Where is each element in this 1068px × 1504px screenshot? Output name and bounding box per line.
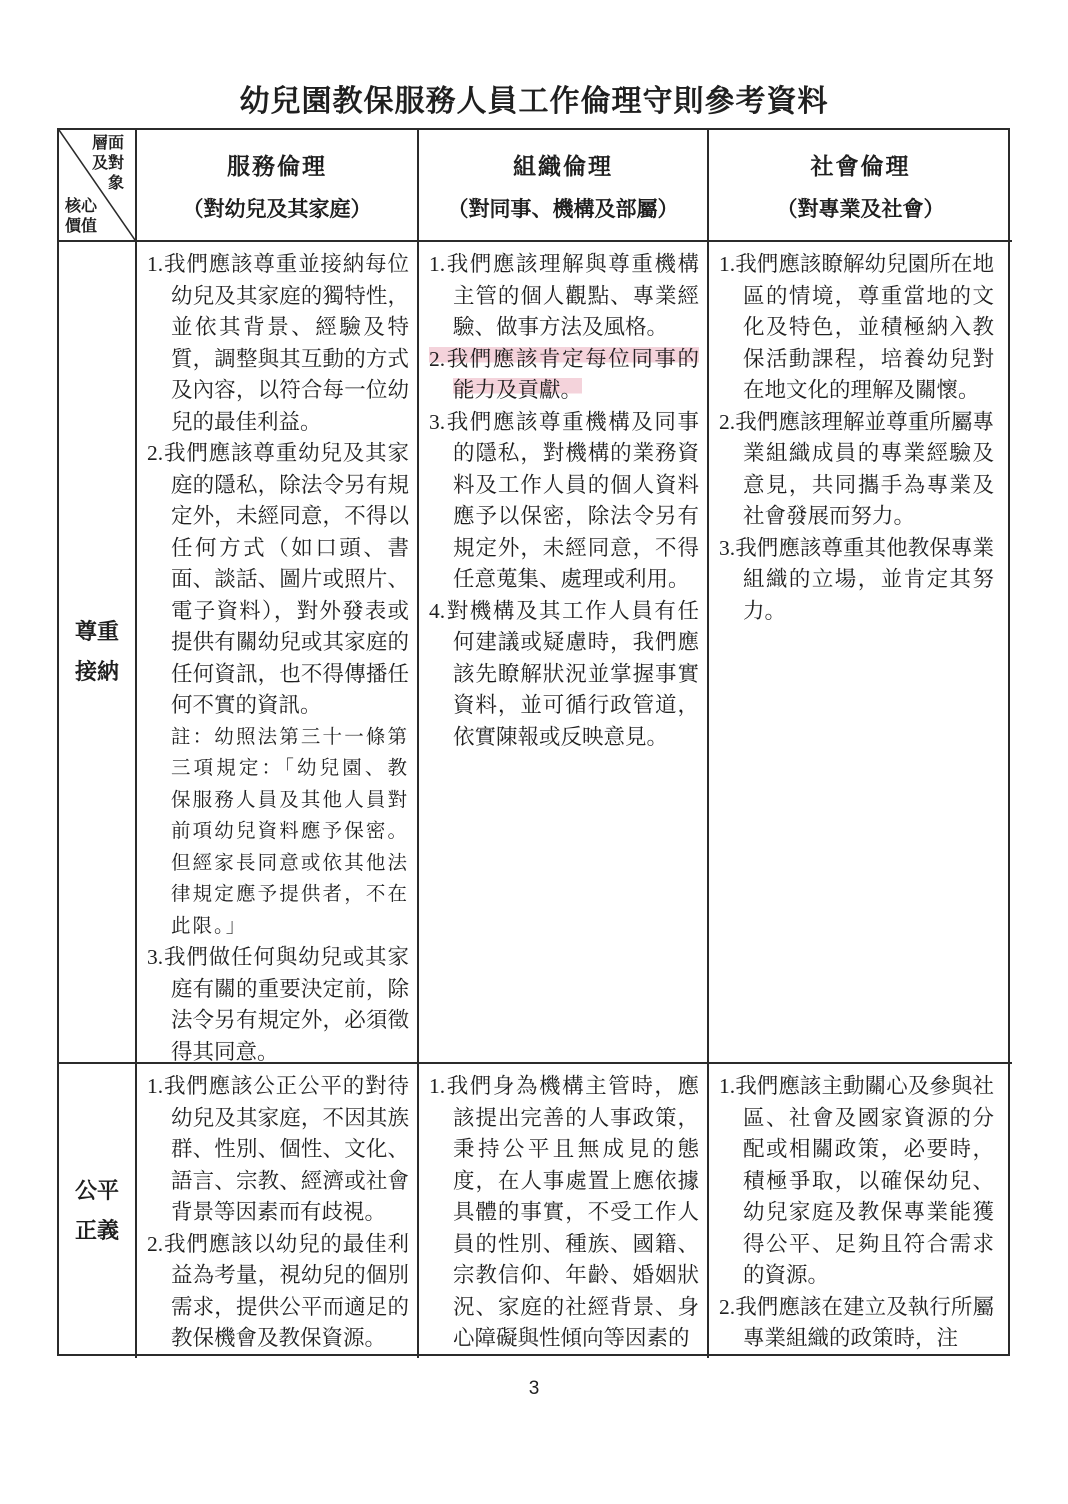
legal-note-text: 註：幼照法第三十一條第三項規定：「幼兒園、教保服務人員及其他人員對前項幼兒資料應… <box>147 722 409 943</box>
item-text: 1.我們應該尊重並接納每位幼兒及其家庭的獨特性，並依其背景、經驗及特質，調整與其… <box>147 252 409 434</box>
cell-respect-organization: 1.我們應該理解與尊重機構主管的個人觀點、專業經驗、做事方法及風格。2.我們應該… <box>419 242 709 1064</box>
item-text: 2.我們應該理解並尊重所屬專業組織成員的專業經驗及意見，共同攜手為專業及社會發展… <box>719 410 994 529</box>
item-text: 3.我們做任何與幼兒或其家庭有關的重要決定前，除法令另有規定外，必須徵得其同意。 <box>147 945 409 1064</box>
item-text: 3.我們應該尊重其他教保專業組織的立場，並肯定其努力。 <box>719 536 994 623</box>
item-text: 1.我們應該瞭解幼兒園所在地區的情境，尊重當地的文化及特色，並積極納入教保活動課… <box>719 252 994 402</box>
column-subtitle: （對幼兒及其家庭） <box>183 193 372 223</box>
ethics-item: 1.我們應該瞭解幼兒園所在地區的情境，尊重當地的文化及特色，並積極納入教保活動課… <box>719 249 994 407</box>
corner-label-dimension: 層面 及對 象 <box>92 134 130 194</box>
ethics-item: 1.我們應該理解與尊重機構主管的個人觀點、專業經驗、做事方法及風格。 <box>429 249 699 344</box>
core-value-fairness-justice: 公平 正義 <box>59 1064 137 1358</box>
item-text: 2.我們應該尊重幼兒及其家庭的隱私，除法令另有規定外，未經同意，不得以任何方式（… <box>147 441 409 717</box>
item-text: 4.對機構及其工作人員有任何建議或疑慮時，我們應該先瞭解狀況並掌握事實資料，並可… <box>429 599 699 749</box>
ethics-item: 3.我們做任何與幼兒或其家庭有關的重要決定前，除法令另有規定外，必須徵得其同意。 <box>147 942 409 1064</box>
cell-respect-service: 1.我們應該尊重並接納每位幼兒及其家庭的獨特性，並依其背景、經驗及特質，調整與其… <box>137 242 419 1064</box>
cell-fairness-service: 1.我們應該公正公平的對待幼兒及其家庭，不因其族群、性別、個性、文化、語言、宗教… <box>137 1064 419 1358</box>
column-header-service-ethics: 服務倫理 （對幼兒及其家庭） <box>137 130 419 242</box>
core-value-respect-acceptance: 尊重 接納 <box>59 242 137 1064</box>
column-subtitle: （對同事、機構及部屬） <box>448 193 679 223</box>
ethics-item: 4.對機構及其工作人員有任何建議或疑慮時，我們應該先瞭解狀況並掌握事實資料，並可… <box>429 596 699 754</box>
page-title: 幼兒園教保服務人員工作倫理守則參考資料 <box>0 76 1068 120</box>
item-text: 1.我們應該理解與尊重機構主管的個人觀點、專業經驗、做事方法及風格。 <box>429 252 699 339</box>
highlighted-text: 2.我們應該肯定每位同事的能力及貢獻。 <box>429 347 699 403</box>
ethics-item: 1.我們應該尊重並接納每位幼兒及其家庭的獨特性，並依其背景、經驗及特質，調整與其… <box>147 249 409 438</box>
ethics-item: 3.我們應該尊重機構及同事的隱私，對機構的業務資料及工作人員的個人資料應予以保密… <box>429 407 699 596</box>
ethics-item: 1.我們應該主動關心及參與社區、社會及國家資源的分配或相關政策，必要時，積極爭取… <box>719 1071 994 1292</box>
corner-header-cell: 層面 及對 象 核心 價值 <box>59 130 137 242</box>
column-subtitle: （對專業及社會） <box>777 193 945 223</box>
page-number: 3 <box>0 1378 1068 1400</box>
item-text: 1.我們身為機構主管時，應該提出完善的人事政策，秉持公平且無成見的態度，在人事處… <box>429 1074 699 1350</box>
item-text: 2.我們應該以幼兒的最佳利益為考量，視幼兒的個別需求，提供公平而適足的教保機會及… <box>147 1232 409 1351</box>
column-title: 服務倫理 <box>227 148 327 181</box>
item-text: 2.我們應該在建立及執行所屬專業組織的政策時，注 <box>719 1295 994 1351</box>
item-text: 1.我們應該主動關心及參與社區、社會及國家資源的分配或相關政策，必要時，積極爭取… <box>719 1074 994 1287</box>
column-header-organization-ethics: 組織倫理 （對同事、機構及部屬） <box>419 130 709 242</box>
column-title: 組織倫理 <box>513 148 613 181</box>
column-title: 社會倫理 <box>811 148 911 181</box>
corner-label-core-value: 核心 價值 <box>65 197 97 237</box>
ethics-item: 3.我們應該尊重其他教保專業組織的立場，並肯定其努力。 <box>719 533 994 628</box>
item-text: 3.我們應該尊重機構及同事的隱私，對機構的業務資料及工作人員的個人資料應予以保密… <box>429 410 699 592</box>
ethics-item: 2.我們應該肯定每位同事的能力及貢獻。 <box>429 344 699 407</box>
item-text: 1.我們應該公正公平的對待幼兒及其家庭，不因其族群、性別、個性、文化、語言、宗教… <box>147 1074 409 1224</box>
ethics-item: 1.我們應該公正公平的對待幼兒及其家庭，不因其族群、性別、個性、文化、語言、宗教… <box>147 1071 409 1229</box>
cell-fairness-organization: 1.我們身為機構主管時，應該提出完善的人事政策，秉持公平且無成見的態度，在人事處… <box>419 1064 709 1358</box>
item-text: 註：幼照法第三十一條第三項規定：「幼兒園、教保服務人員及其他人員對前項幼兒資料應… <box>171 727 409 937</box>
ethics-item: 1.我們身為機構主管時，應該提出完善的人事政策，秉持公平且無成見的態度，在人事處… <box>429 1071 699 1355</box>
cell-respect-social: 1.我們應該瞭解幼兒園所在地區的情境，尊重當地的文化及特色，並積極納入教保活動課… <box>709 242 1012 1064</box>
ethics-item: 2.我們應該在建立及執行所屬專業組織的政策時，注 <box>719 1292 994 1355</box>
ethics-table: 層面 及對 象 核心 價值 服務倫理 （對幼兒及其家庭） 組織倫理 （對同事、機… <box>57 128 1010 1356</box>
ethics-item: 2.我們應該理解並尊重所屬專業組織成員的專業經驗及意見，共同攜手為專業及社會發展… <box>719 407 994 533</box>
ethics-item: 2.我們應該尊重幼兒及其家庭的隱私，除法令另有規定外，未經同意，不得以任何方式（… <box>147 438 409 722</box>
cell-fairness-social: 1.我們應該主動關心及參與社區、社會及國家資源的分配或相關政策，必要時，積極爭取… <box>709 1064 1012 1358</box>
ethics-item: 2.我們應該以幼兒的最佳利益為考量，視幼兒的個別需求，提供公平而適足的教保機會及… <box>147 1229 409 1355</box>
column-header-social-ethics: 社會倫理 （對專業及社會） <box>709 130 1012 242</box>
